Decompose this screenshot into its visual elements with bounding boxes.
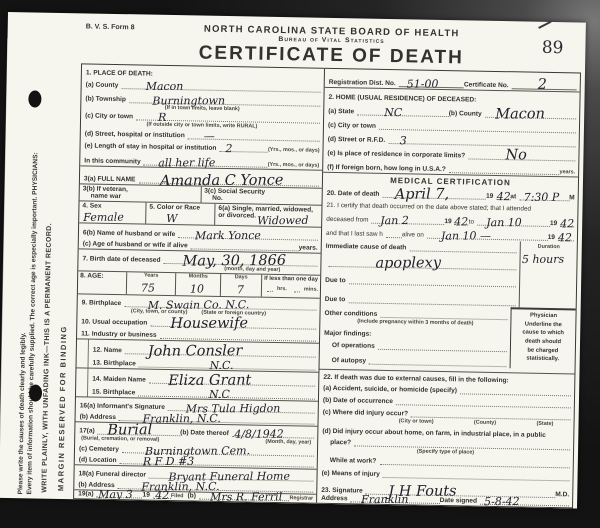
spouse-age-suffix: years. [299, 245, 318, 252]
burial-label: 17(a) [79, 427, 95, 434]
form-number: B. V. S. Form 8 [86, 23, 135, 31]
from-year-blank: 42 [455, 220, 469, 225]
race-label: 5. Color or Race [149, 204, 211, 212]
township-value: Burningtown [152, 95, 225, 107]
registrar-label-19b: (b) [187, 492, 196, 499]
to-year-prefix: 19 [550, 220, 557, 227]
birth-date-label: 7. Birth date of deceased [82, 256, 160, 264]
binder-hole-bottom [29, 384, 42, 401]
age-days-label: Days [221, 274, 261, 281]
from-year-prefix: 19 [444, 218, 451, 225]
burial-date-blank: 4/8/1942 [232, 432, 315, 439]
age-mins-blank [294, 287, 300, 293]
saw-year-prefix: 19 [548, 234, 555, 241]
age-title-cell: 8. AGE: [78, 272, 126, 295]
filed-note: Filed [171, 493, 184, 499]
burial-date-value: 4/8/1942 [234, 428, 283, 439]
due-to-1-label: Due to [325, 277, 346, 284]
community-note: (Yrs., mos., or days) [268, 161, 320, 168]
age-months-value: 10 [190, 283, 204, 294]
mother-birthplace-value: N.C [209, 389, 230, 400]
occupation-label: 10. Usual occupation [81, 319, 147, 327]
location-label: (d) Location [79, 457, 117, 465]
age-days-value: 7 [237, 284, 244, 295]
county-label: (a) County [86, 82, 119, 90]
dod-label: 20. Date of death [327, 190, 380, 198]
age-years-value: 75 [141, 283, 155, 294]
location-value: R F D #3 [143, 456, 195, 467]
physician-sig-label: 23. Signature [321, 487, 363, 495]
registrar-value: Mrs R. Ferril [210, 491, 282, 503]
margin-note-permanent-record: WRITE PLAINLY, WITH UNFADING INK—THIS IS… [41, 223, 53, 493]
burial-value: Burial [108, 423, 153, 438]
spouse-age-blank [191, 245, 299, 252]
form-body: 1. PLACE OF DEATH: (a) County Macon (b) … [73, 63, 581, 508]
reg-dist-value: 51-00 [407, 78, 439, 89]
dod-year-prefix: 19 [486, 193, 493, 200]
cemetery-label: (c) Cemetery [79, 445, 119, 453]
registrar-blank: Mrs R. Ferril [199, 495, 290, 502]
date-signed-label: Date signed [440, 497, 477, 505]
certify-from-label: deceased from [326, 216, 368, 224]
industry-label: 11. Industry or business [81, 330, 157, 338]
foreign-born-blank [449, 168, 560, 175]
foreign-born-suffix: years. [560, 169, 576, 175]
certify-to-label: to [469, 219, 474, 226]
saw-year-blank: 42 [558, 236, 574, 241]
to-year-blank: 42 [560, 222, 574, 227]
duration-label: Duration [521, 241, 577, 250]
stay-note: (Yrs., mos., or days) [268, 147, 320, 154]
field-sex: 4. Sex Female [79, 201, 145, 223]
age-years-cell: Years 75 [126, 273, 175, 296]
burial-date-label: (b) Date thereof [180, 429, 229, 437]
filed-year-prefix: 19 [143, 492, 150, 499]
birthplace-blank: M. Swain Co. N.C. [124, 302, 316, 311]
duration-value: 5 hours [522, 254, 565, 311]
age-hrs-blank [267, 286, 273, 292]
physician-note-line: statistically. [513, 355, 573, 365]
major-findings-label: Major findings: [324, 330, 371, 338]
date-signed-blank: 5-8-42 [480, 500, 569, 507]
due-to-2-label: Due to [325, 296, 346, 303]
other-conditions-blank [380, 313, 507, 320]
occurrence-date-label: (b) Date of occurrence [323, 397, 393, 405]
age-days-cell: Days 7 [220, 274, 261, 296]
father-name-label: 12. Name [93, 347, 122, 355]
md-label: M.D. [555, 491, 569, 498]
township-blank: Burningtown [129, 98, 321, 107]
foreign-born-label: (f) If foreign born, how long in U.S.A.? [327, 163, 446, 172]
dod-at-label: at [510, 194, 516, 201]
other-conditions-label: Other conditions [324, 310, 377, 318]
mother-side-label: MOTHER [74, 367, 77, 394]
ssn-label-2: No. [204, 195, 319, 204]
age-label: 8. AGE: [80, 273, 124, 281]
father-birthplace-label: 13. Birthplace [93, 359, 136, 367]
home-state-label: (a) State [328, 108, 354, 115]
duration-column: Duration 5 hours [519, 241, 577, 308]
cert-no-label: Certificate No. [464, 81, 509, 89]
community-label: In this community [84, 157, 141, 165]
mother-section: MOTHER 14. Maiden Name Eliza Grant 15. B… [76, 368, 318, 401]
date-signed-value: 5-8-42 [484, 496, 520, 507]
operations-label: Of operations [324, 342, 375, 350]
birth-date-blank: May, 30, 1866 [163, 259, 317, 267]
city-value: R [158, 112, 166, 123]
home-city-label: (c) City or town [328, 122, 376, 130]
binder-hole-top [28, 90, 41, 107]
home-county-label: (b) County [449, 110, 482, 118]
place-of-death-title: 1. PLACE OF DEATH: [86, 70, 153, 78]
autopsy-label: Of autopsy [324, 357, 367, 365]
physician-instruction-box: Physician Underline the cause to which d… [510, 307, 576, 369]
father-section: FATHER 12. Name John Consler 13. Birthpl… [76, 339, 318, 372]
cert-no-blank: 2 [512, 84, 577, 90]
sex-label: 4. Sex [82, 203, 142, 211]
reg-dist-label: Registration Dist. No. [329, 79, 396, 87]
birthplace-value: M. Swain Co. N.C. [147, 299, 249, 311]
margin-note-supply-info: Every item of information should be care… [26, 152, 39, 494]
city-blank: R [136, 115, 320, 123]
city-label: (c) City or town [85, 112, 133, 120]
burial-blank: Burial [98, 429, 181, 436]
filed-blank: May 3 [97, 493, 143, 499]
dod-m-label: M [569, 195, 575, 202]
veteran-label-2: name war [83, 193, 198, 202]
field-filed: 19(a) May 3 19 42 Filed (b) Mrs R. Ferri… [74, 490, 316, 502]
registrar-note: Registrar [289, 495, 313, 501]
field-race: 5. Color or Race W [145, 203, 214, 225]
filed-label: 19(a) [78, 490, 94, 497]
dod-time-blank: 7:30 P [519, 196, 569, 202]
certify-alive-label: alive on [402, 231, 424, 238]
age-less-label: If less than one day [264, 276, 318, 283]
filed-value: May 3 [99, 489, 134, 500]
marital-value: Widowed [257, 215, 308, 226]
handwritten-page-number: 89 [542, 38, 564, 58]
home-street-label: (d) Street or R.F.D. [328, 136, 386, 144]
community-blank: all her life [144, 160, 268, 167]
informant-addr-label: (b) Address [80, 414, 117, 422]
where-injury-label: (c) Where did injury occur? [323, 409, 408, 418]
death-certificate-document: MARGIN RESERVED FOR BINDING WRITE PLAINL… [0, 12, 586, 509]
margin-note-binding: MARGIN RESERVED FOR BINDING [56, 325, 68, 491]
sex-value: Female [83, 212, 124, 223]
right-column: Registration Dist. No. 51-00 Certificate… [316, 69, 580, 508]
field-ssn: 3(c) Social Security No. [200, 187, 322, 205]
township-label: (b) Township [85, 95, 126, 103]
director-label: 18(a) Funeral director [78, 470, 146, 478]
cert-no-value: 2 [538, 78, 547, 93]
physician-addr-value: Franklin [361, 494, 408, 505]
father-birthplace-value: N.C. [209, 360, 233, 371]
stay-blank: 2 [219, 147, 268, 153]
physician-addr-label: Address [321, 495, 348, 502]
age-less-than-day-cell: If less than one day hrs. mins. [261, 275, 320, 298]
mother-birthplace-label: 15. Birthplace [92, 388, 135, 396]
full-name-label: 3(a) FULL NAME [84, 176, 136, 184]
means-of-injury-label: (e) Means of injury [322, 470, 380, 478]
age-hrs-label: hrs. [277, 286, 287, 292]
full-name-value: Amanda C Yonce [160, 173, 284, 188]
injury-place-label-2: place? [322, 439, 351, 447]
spouse-age-label: (c) Age of husband or wife if alive [83, 241, 188, 250]
certify-saw-label: and that I last saw h [326, 230, 383, 238]
filed-year-blank: 42 [153, 494, 171, 499]
while-at-work-label: While at work? [322, 457, 377, 465]
age-mins-label: mins. [304, 287, 318, 293]
reg-dist-blank: 51-00 [399, 82, 464, 88]
immediate-cause-label: Immediate cause of death [326, 243, 407, 251]
scanned-document-background: MARGIN RESERVED FOR BINDING WRITE PLAINL… [0, 0, 600, 528]
birth-date-value: May, 30, 1866 [182, 254, 286, 269]
dod-year-blank: 42 [496, 195, 510, 200]
race-value: W [166, 213, 177, 224]
birthplace-label: 9. Birthplace [82, 300, 122, 308]
conditions-physician-grid: Other conditions (Include pregnancy with… [320, 304, 576, 370]
age-years-label: Years [127, 273, 175, 280]
filed-year-value: 42 [155, 490, 169, 501]
field-marital-status: 6(a) Single, married, widowed, or divorc… [214, 204, 321, 227]
full-name-blank: Amanda C Yonce [138, 179, 319, 187]
mother-name-label: 14. Maiden Name [92, 376, 146, 384]
physician-addr-blank: Franklin [350, 497, 439, 504]
father-side-cell: FATHER [77, 339, 90, 367]
left-column: 1. PLACE OF DEATH: (a) County Macon (b) … [74, 64, 324, 502]
saw-h-blank [386, 233, 402, 238]
community-value: all her life [159, 157, 216, 168]
cause-duration-grid: Immediate cause of death apoplexy Due to… [321, 238, 577, 309]
age-months-cell: Months 10 [175, 273, 220, 296]
father-side-label: FATHER [74, 340, 78, 365]
mother-side-cell: MOTHER [76, 368, 89, 396]
age-months-label: Months [176, 273, 220, 280]
